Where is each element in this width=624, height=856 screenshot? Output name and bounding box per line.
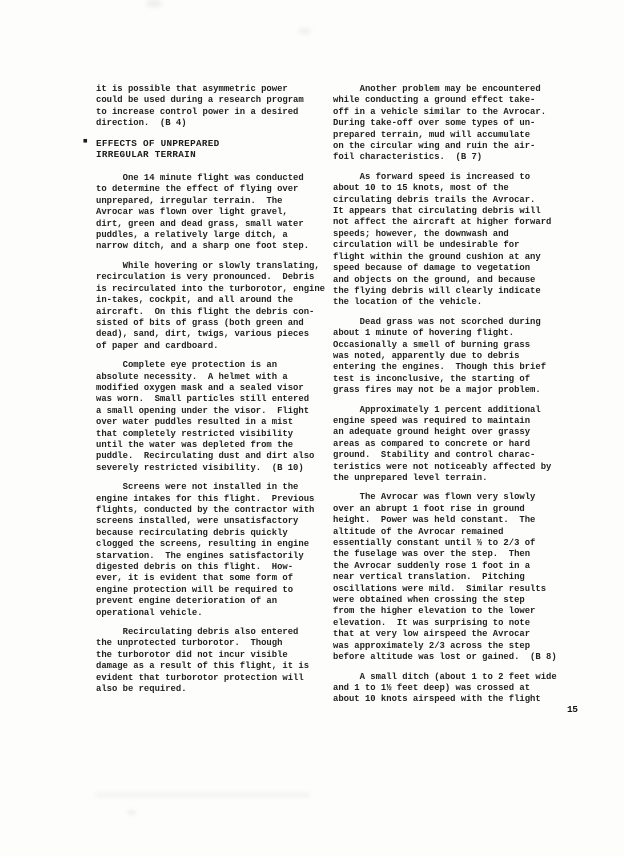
left-column: it is possible that asymmetric power cou… — [96, 84, 332, 704]
scan-artifact — [127, 810, 136, 815]
paragraph: As forward speed is increased to about 1… — [333, 172, 569, 309]
right-column: Another problem may be encountered while… — [333, 84, 569, 714]
paragraph: A small ditch (about 1 to 2 feet wide an… — [333, 672, 569, 706]
paragraph: Dead grass was not scorched during about… — [333, 317, 569, 397]
document-page: it is possible that asymmetric power cou… — [0, 0, 624, 856]
paragraph: Recirculating debris also entered the un… — [96, 627, 332, 695]
paragraph: Approximately 1 percent additional engin… — [333, 405, 569, 485]
scan-artifact — [298, 28, 311, 34]
square-bullet-icon: ■ — [83, 139, 88, 147]
paragraph-continuation: it is possible that asymmetric power cou… — [96, 84, 332, 130]
paragraph: Complete eye protection is an absolute n… — [96, 360, 332, 474]
paragraph: While hovering or slowly translating, re… — [96, 261, 332, 352]
section-heading-title: EFFECTS OF UNPREPARED IRREGULAR TERRAIN — [96, 138, 332, 160]
paragraph: The Avrocar was flown very slowly over a… — [333, 492, 569, 663]
paragraph: Screens were not installed in the engine… — [96, 482, 332, 619]
scan-artifact — [146, 0, 162, 7]
paragraph: One 14 minute flight was conducted to de… — [96, 173, 332, 253]
page-number: 15 — [567, 704, 577, 715]
scan-artifact — [95, 793, 310, 797]
section-heading: ■ EFFECTS OF UNPREPARED IRREGULAR TERRAI… — [96, 138, 332, 160]
paragraph: Another problem may be encountered while… — [333, 84, 569, 164]
